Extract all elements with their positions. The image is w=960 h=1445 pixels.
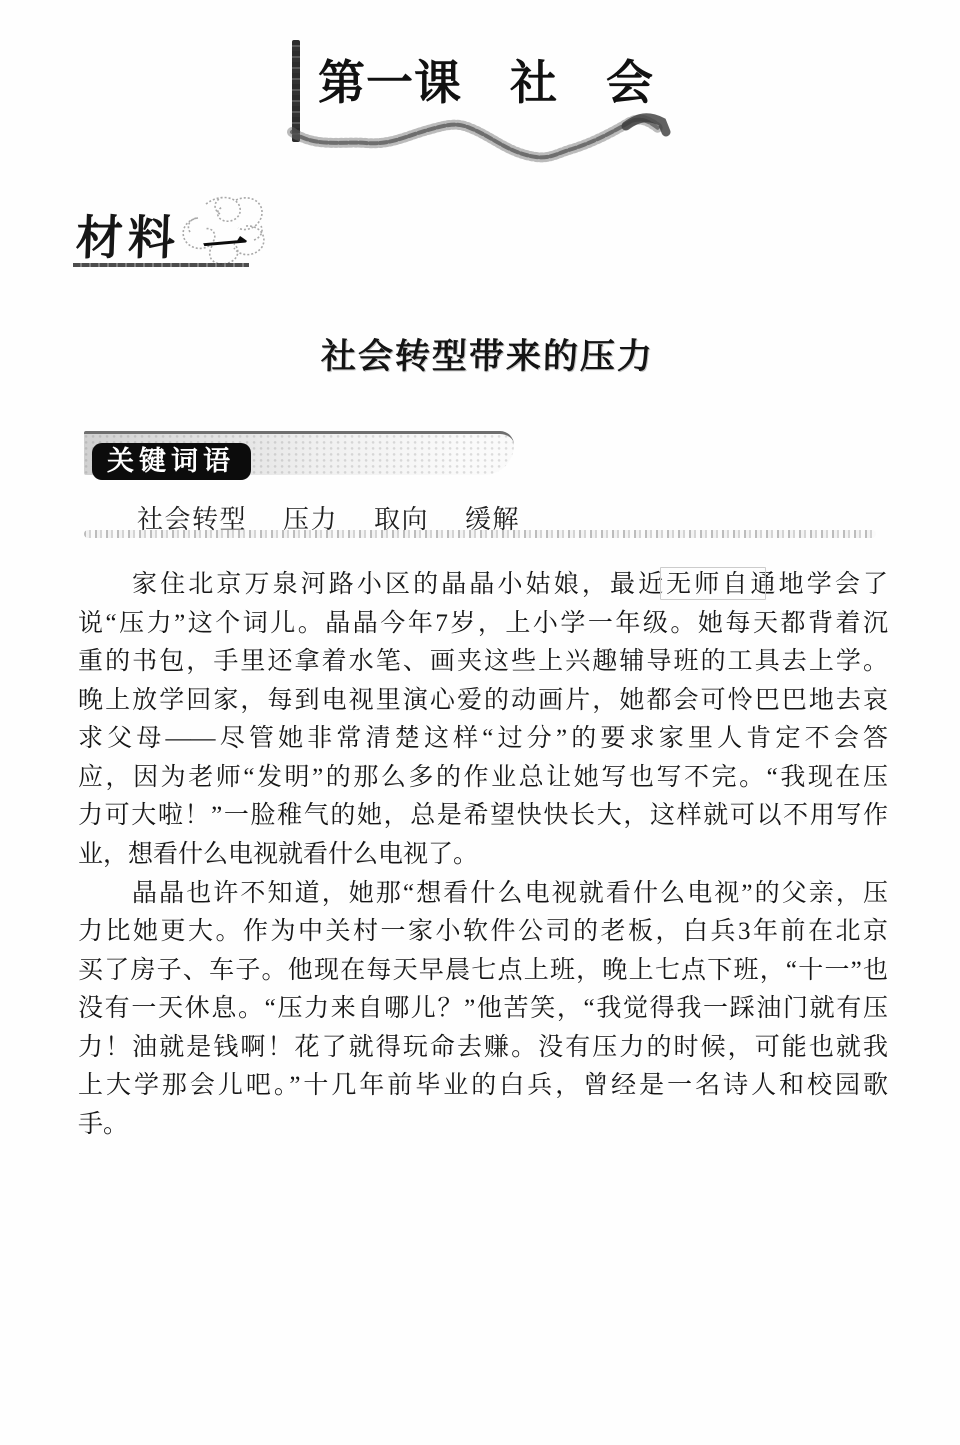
body-text: 家住北京万泉河路小区的晶晶小姑娘，最近无师自通地学会了 说“压力”这个词儿。晶晶… [78, 566, 888, 1144]
material-number: 一 [177, 206, 272, 280]
text-line: 说“压力”这个词儿。晶晶今年7岁，上小学一年级。她每天都背着沉 [78, 605, 888, 644]
text-line: 没有一天休息。“压力来自哪儿？”他苦笑，“我觉得我一踩油门就有压 [78, 990, 888, 1029]
section-subtitle: 社会转型带来的压力 [321, 329, 655, 379]
text-line: 重的书包，手里还拿着水笔、画夹这些上兴趣辅导班的工具去上学。 [78, 643, 888, 682]
brush-stroke-decoration [286, 106, 676, 166]
text-line: 力！油就是钱啊！花了就得玩命去赚。没有压力的时候，可能也就我 [78, 1029, 888, 1068]
text-line: 求父母——尽管她非常清楚这样“过分”的要求家里人肯定不会答 [78, 720, 888, 759]
text-line: 晚上放学回家，每到电视里演心爱的动画片，她都会可怜巴巴地去哀 [78, 682, 888, 721]
text-line: 家住北京万泉河路小区的晶晶小姑娘，最近无师自通地学会了 [78, 566, 888, 605]
body-paragraph: 晶晶也许不知道，她那“想看什么电视就看什么电视”的父亲，压 力比她更大。作为中关… [78, 875, 888, 1145]
text-line: 应，因为老师“发明”的那么多的作业总让她写也写不完。“我现在压 [78, 759, 888, 798]
text-line: 上大学那会儿吧。”十几年前毕业的白兵，曾经是一名诗人和校园歌 [78, 1067, 888, 1106]
text-line: 晶晶也许不知道，她那“想看什么电视就看什么电视”的父亲，压 [78, 875, 888, 914]
material-underline [73, 263, 249, 267]
body-paragraph: 家住北京万泉河路小区的晶晶小姑娘，最近无师自通地学会了 说“压力”这个词儿。晶晶… [78, 566, 888, 875]
text-line: 手。 [78, 1106, 888, 1145]
text-line: 买了房子、车子。他现在每天早晨七点上班，晚上七点下班，“十一”也 [78, 952, 888, 991]
material-label: 材料 [75, 201, 181, 268]
text-line: 业，想看什么电视就看什么电视了。 [78, 836, 888, 875]
textbook-page: 第一课 社 会 材料 一 社会转型带来的压力 关键词语 社会转型 压力 取向 缓… [0, 0, 960, 1445]
text-line: 力可大啦！”一脸稚气的她，总是希望快快长大，这样就可以不用写作 [78, 797, 888, 836]
page-title: 第一课 社 会 [318, 46, 654, 113]
keywords-underline [84, 530, 876, 538]
text-line: 力比她更大。作为中关村一家小软件公司的老板，白兵3年前在北京 [78, 913, 888, 952]
keywords-badge: 关键词语 [92, 443, 251, 480]
